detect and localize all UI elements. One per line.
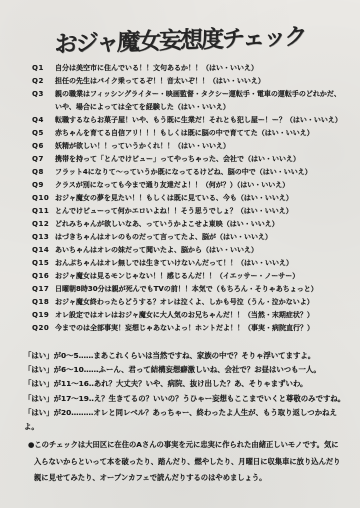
question-text: はづきちゃんはオレのものだって言ってたよ、脳が（はい・いいえ） — [55, 231, 347, 244]
question-label: Q18 — [32, 296, 55, 309]
question-row: Q16おジャ魔女は見るモンじゃない！！感じるんだ！！（イエッサー・ノーサー） — [32, 270, 347, 283]
score-guide-line: 「はい」が11～16‥あれ？大丈夫？いや、病院、抜け出した？あ、そりゃまずいわ。 — [24, 377, 350, 391]
question-label: Q10 — [32, 192, 55, 205]
question-label: Q8 — [32, 166, 55, 179]
footer-text: このチェックは大田区に在住のAさんの事実を元に忠実に作られた由緒正しいモノです。… — [34, 440, 340, 482]
question-row: Q5赤ちゃんを育てる自信アリ！！！もしくは既に脳の中で育ててた（はい・いいえ） — [32, 127, 347, 140]
question-label: Q3 — [32, 88, 55, 114]
question-row: Q4転職するならお菓子屋！いや、もう既に生業だ！それとも犯し屋ー！ー？（はい・い… — [32, 114, 347, 127]
question-row: Q13はづきちゃんはオレのものだって言ってたよ、脳が（はい・いいえ） — [32, 231, 347, 244]
question-label: Q5 — [32, 127, 55, 140]
question-row: Q1自分は美空市に住んでいる！！文句あるか！！（はい・いいえ） — [32, 62, 347, 75]
question-text: 自分は美空市に住んでいる！！文句あるか！！（はい・いいえ） — [55, 62, 347, 75]
question-label: Q2 — [32, 75, 55, 88]
question-row: Q18おジャ魔女終わったらどうする？オレは泣くよ、しかも号泣（うん・泣かないよ） — [32, 296, 347, 309]
question-row: Q10おジャ魔女の夢を見たい！！もしくは既に見ている、今も（はい・いいえ） — [32, 192, 347, 205]
question-text: 携帯を持って「とんでけビュー」ってやっちゃった、会社で（はい・いいえ） — [55, 153, 347, 166]
question-label: Q7 — [32, 153, 55, 166]
question-row: Q20今までのは全部事実！妄想じゃあないよっ！ホントだよ！！（事実・病院直行？） — [32, 322, 347, 335]
question-row: Q19オレ設定ではオレはおジャ魔女に大人気のお兄ちゃんだ！！（当然・末期症状？） — [32, 309, 347, 322]
question-text: おジャ魔女は見るモンじゃない！！感じるんだ！！（イエッサー・ノーサー） — [55, 270, 347, 283]
question-text: 日曜朝8時30分は親が死んでもTVの前！！本気で（もちろん・そりゃあちょっと） — [55, 283, 347, 296]
question-text: フラット4になりて～っていうか既になってるけどね、脳の中で（はい・いいえ） — [55, 166, 347, 179]
page-title: おジャ魔女妄想度チェック — [0, 16, 360, 60]
question-label: Q6 — [32, 140, 55, 153]
question-text: クラスが別になっても今まで通り友達だよ！！（何が？）（はい・いいえ） — [55, 179, 347, 192]
question-text: あいちゃんはオレの妹だって聞いたよ、脳から（はい・いいえ） — [55, 244, 347, 257]
score-guide-line: 「はい」が6～10……ふーん、君って結構妄想癖激しいね、会社で？お昼はいつも一人… — [24, 363, 350, 377]
question-row: Q11とんでけビューって何かエロいよね！！そう思うでしょ？（はい・いいえ） — [32, 205, 347, 218]
question-label: Q4 — [32, 114, 55, 127]
scanned-page: おジャ魔女妄想度チェック Q1自分は美空市に住んでいる！！文句あるか！！（はい・… — [0, 0, 360, 508]
question-text: おんぷちゃんはオレ無しでは生きていけないんだって！！（はい・いいえ） — [55, 257, 347, 270]
question-row: Q8フラット4になりて～っていうか既になってるけどね、脳の中で（はい・いいえ） — [32, 166, 347, 179]
question-text: 今までのは全部事実！妄想じゃあないよっ！ホントだよ！！（事実・病院直行？） — [55, 322, 347, 335]
question-label: Q1 — [32, 62, 55, 75]
question-text: 妖精が欲しい！！っていうかくれ！！（はい・いいえ） — [55, 140, 347, 153]
question-row: Q2担任の先生はバイク乗ってるぞ！！音太いぞ！！（はい・いいえ） — [32, 75, 347, 88]
question-row: Q3親の職業はフィッシングライター・映画監督・タクシー運転手・電車の運転手のどれ… — [32, 88, 347, 114]
score-guide: 「はい」が0～5……まあこれくらいは当然ですね、家族の中で？そりゃ浮いてますよ。… — [24, 349, 350, 434]
question-row: Q6妖精が欲しい！！っていうかくれ！！（はい・いいえ） — [32, 140, 347, 153]
question-text: 担任の先生はバイク乗ってるぞ！！音太いぞ！！（はい・いいえ） — [55, 75, 347, 88]
question-row: Q15おんぷちゃんはオレ無しでは生きていけないんだって！！（はい・いいえ） — [32, 257, 347, 270]
score-guide-line: 「はい」が20………オレと同レベル？あっちゃー、終わったよ人生が、もう取り返しつ… — [24, 406, 350, 434]
score-guide-line: 「はい」が0～5……まあこれくらいは当然ですね、家族の中で？そりゃ浮いてますよ。 — [24, 349, 350, 363]
question-label: Q14 — [32, 244, 55, 257]
question-row: Q9クラスが別になっても今まで通り友達だよ！！（何が？）（はい・いいえ） — [32, 179, 347, 192]
question-label: Q15 — [32, 257, 55, 270]
question-text: とんでけビューって何かエロいよね！！そう思うでしょ？（はい・いいえ） — [55, 205, 347, 218]
question-label: Q17 — [32, 283, 55, 296]
question-list: Q1自分は美空市に住んでいる！！文句あるか！！（はい・いいえ） Q2担任の先生は… — [32, 62, 347, 335]
question-text: どれみちゃんが欲しいなあ、っていうかよこせよ東映（はい・いいえ） — [55, 218, 347, 231]
footer-note: ●このチェックは大田区に在住のAさんの事実を元に忠実に作られた由緒正しいモノです… — [28, 437, 345, 487]
question-label: Q11 — [32, 205, 55, 218]
question-text: 赤ちゃんを育てる自信アリ！！！もしくは既に脳の中で育ててた（はい・いいえ） — [55, 127, 347, 140]
question-label: Q20 — [32, 322, 55, 335]
question-text: おジャ魔女終わったらどうする？オレは泣くよ、しかも号泣（うん・泣かないよ） — [55, 296, 347, 309]
question-label: Q19 — [32, 309, 55, 322]
question-text: 親の職業はフィッシングライター・映画監督・タクシー運転手・電車の運転手のどれかだ… — [55, 88, 347, 114]
question-row: Q17日曜朝8時30分は親が死んでもTVの前！！本気で（もちろん・そりゃあちょっ… — [32, 283, 347, 296]
question-row: Q7携帯を持って「とんでけビュー」ってやっちゃった、会社で（はい・いいえ） — [32, 153, 347, 166]
question-row: Q12どれみちゃんが欲しいなあ、っていうかよこせよ東映（はい・いいえ） — [32, 218, 347, 231]
question-label: Q16 — [32, 270, 55, 283]
question-text: オレ設定ではオレはおジャ魔女に大人気のお兄ちゃんだ！！（当然・末期症状？） — [55, 309, 347, 322]
question-label: Q13 — [32, 231, 55, 244]
score-guide-line: 「はい」が17～19‥え？生きてるの？いいの？うひゃー妄想もここまでいくと尊敬の… — [24, 392, 350, 406]
question-row: Q14あいちゃんはオレの妹だって聞いたよ、脳から（はい・いいえ） — [32, 244, 347, 257]
question-text: おジャ魔女の夢を見たい！！もしくは既に見ている、今も（はい・いいえ） — [55, 192, 347, 205]
question-label: Q9 — [32, 179, 55, 192]
question-text: 転職するならお菓子屋！いや、もう既に生業だ！それとも犯し屋ー！ー？（はい・いいえ… — [55, 114, 347, 127]
question-label: Q12 — [32, 218, 55, 231]
